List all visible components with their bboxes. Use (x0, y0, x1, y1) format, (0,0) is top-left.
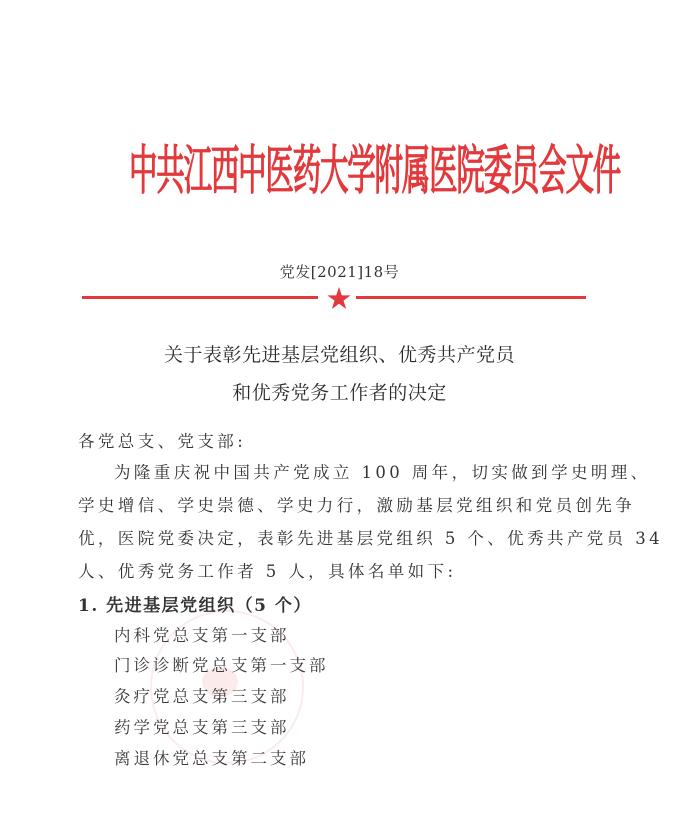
document-red-header: 中共江西中医药大学附属医院委员会文件 (129, 124, 550, 216)
list-item: 离退休党总支第二支部 (114, 745, 309, 769)
subject-title-line-2: 和优秀党务工作者的决定 (0, 378, 679, 405)
star-icon (327, 287, 351, 310)
section-heading: 1. 先进基层党组织（5 个） (78, 591, 312, 616)
red-rule-right (356, 296, 586, 299)
paragraph-line: 学史增信、学史崇德、学史力行，激励基层党组织和党员创先争 (78, 492, 635, 516)
document-number: 党发[2021]18号 (0, 261, 679, 282)
list-item: 药学党总支第三支部 (114, 714, 290, 738)
paragraph-line: 人、优秀党务工作者 5 人，具体名单如下: (78, 558, 456, 582)
document-page: 中共江西中医药大学附属医院委员会文件 党发[2021]18号 关于表彰先进基层党… (0, 0, 679, 822)
red-rule-left (82, 296, 318, 299)
list-item: 门诊诊断党总支第一支部 (114, 652, 329, 676)
paragraph-line: 优，医院党委决定，表彰先进基层党组织 5 个、优秀共产党员 34 (78, 525, 663, 549)
paragraph-line: 为隆重庆祝中国共产党成立 100 周年，切实做到学史明理、 (114, 459, 651, 483)
list-item: 内科党总支第一支部 (114, 622, 290, 646)
salutation: 各党总支、党支部: (78, 428, 246, 452)
subject-title-line-1: 关于表彰先进基层党组织、优秀共产党员 (0, 340, 679, 367)
list-item: 灸疗党总支第三支部 (114, 683, 290, 707)
